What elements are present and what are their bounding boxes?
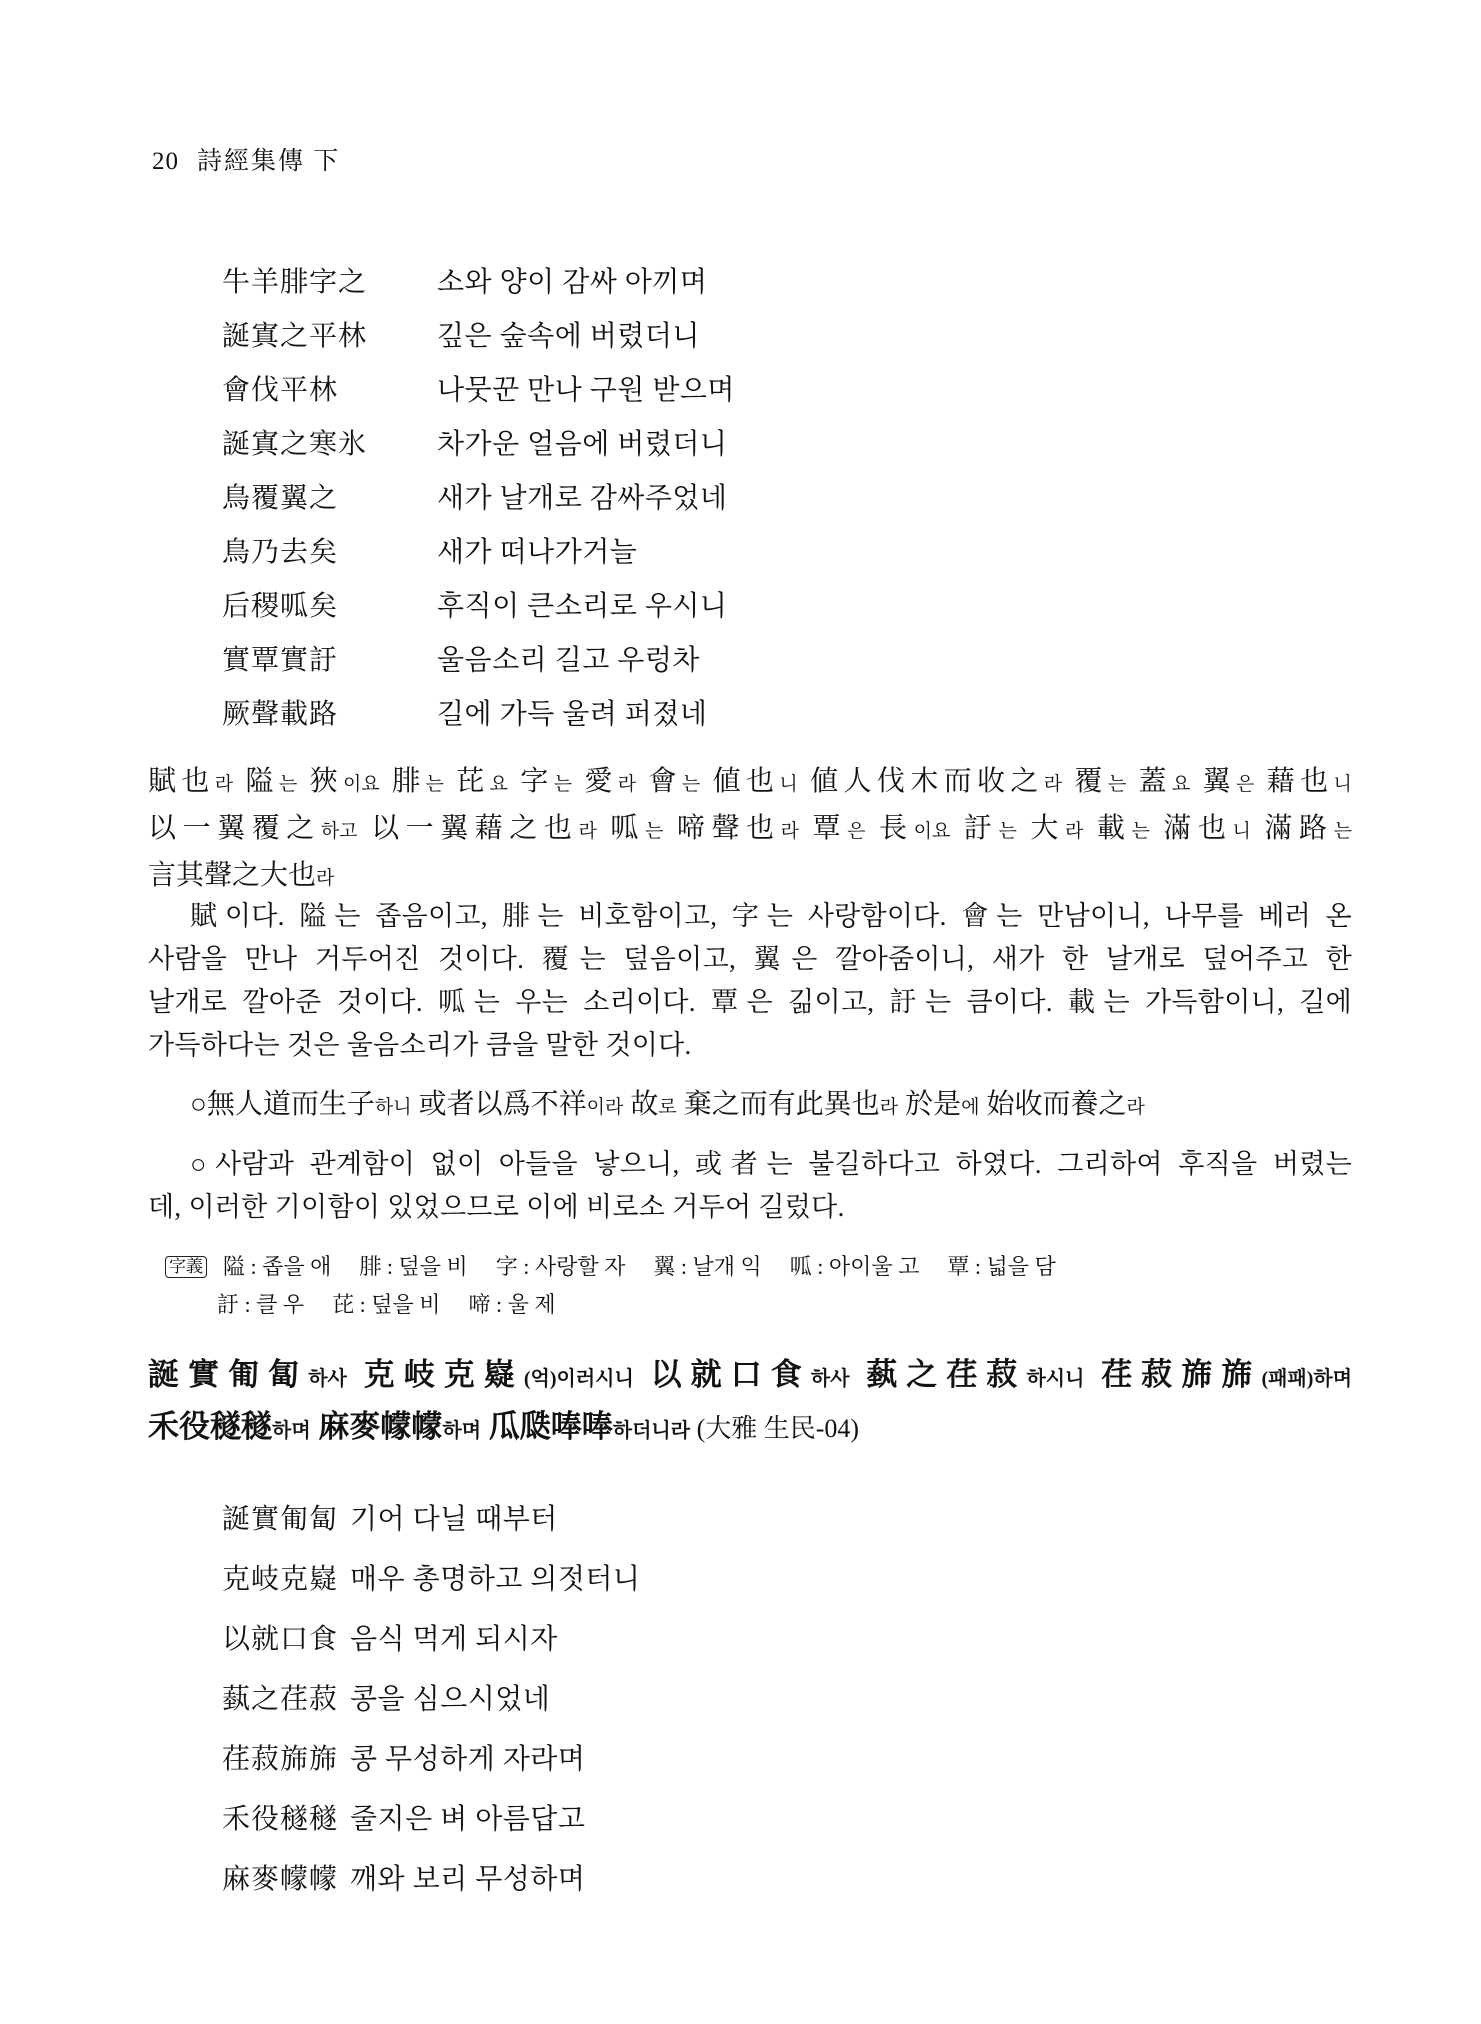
glossary-label: 字義 <box>165 1256 207 1278</box>
verse-korean: 기어 다닐 때부터 <box>350 1504 558 1535</box>
verse-chinese: 荏菽旆旆 <box>222 1732 350 1788</box>
verse-korean: 후직이 큰소리로 우시니 <box>437 591 727 622</box>
verse-row: 會伐平林나뭇꾼 만나 구원 받으며 <box>222 366 735 420</box>
verse-row: 后稷呱矣후직이 큰소리로 우시니 <box>222 582 735 636</box>
korean-translation: 賦이다. 隘는 좁음이고, 腓는 비호함이고, 字는 사랑함이다. 會는 만남이… <box>148 895 1352 1067</box>
verse-row: 牛羊腓字之소와 양이 감싸 아끼며 <box>222 258 735 312</box>
verse-korean: 울음소리 길고 우렁차 <box>437 645 700 676</box>
verse-chinese: 誕寘之寒氷 <box>222 420 437 470</box>
glossary-line: 字義隘 : 좁을 애腓 : 덮을 비字 : 사랑할 자翼 : 날개 익呱 : 아… <box>165 1248 1084 1286</box>
verse-korean: 새가 떠나가거늘 <box>437 537 637 568</box>
verse-korean: 소와 양이 감싸 아끼며 <box>437 267 707 298</box>
glossary-entry: 翼 : 날개 익 <box>653 1254 761 1279</box>
running-head: 20詩經集傳 下 <box>152 141 340 177</box>
verse-block-1: 牛羊腓字之소와 양이 감싸 아끼며 誕寘之平林깊은 숲속에 버렸더니 會伐平林나… <box>222 258 735 744</box>
hanmun-commentary-line: 賦也라 隘는 狹이요 腓는 芘요 字는 愛라 會는 値也니 値人伐木而收之라 覆… <box>148 760 1352 807</box>
verse-row: 克岐克嶷매우 총명하고 의젓터니 <box>222 1552 640 1612</box>
korean-translation-line: ○사람과 관계함이 없이 아들을 낳으니, 或者는 불길하다고 하였다. 그리하… <box>148 1143 1352 1186</box>
verse-block-2: 誕實匍匐기어 다닐 때부터 克岐克嶷매우 총명하고 의젓터니 以就口食음식 먹게… <box>222 1492 640 1912</box>
verse-row: 鳥乃去矣새가 떠나가거늘 <box>222 528 735 582</box>
glossary-entry: 呱 : 아이울 고 <box>790 1254 920 1279</box>
verse-row: 荏菽旆旆콩 무성하게 자라며 <box>222 1732 640 1792</box>
korean-translation-line: 사람을 만나 거두어진 것이다. 覆는 덮음이고, 翼은 깔아줌이니, 새가 한… <box>148 938 1352 981</box>
verse-chinese: 克岐克嶷 <box>222 1552 350 1608</box>
verse-row: 厥聲載路길에 가득 울려 퍼졌네 <box>222 690 735 744</box>
verse-row: 誕寘之寒氷차가운 얼음에 버렸더니 <box>222 420 735 474</box>
scripture-quote-line: 禾役穟穟하며 麻麥幪幪하며 瓜瓞唪唪하더니라 (大雅 生民-04) <box>148 1404 1352 1456</box>
glossary-entry: 隘 : 좁을 애 <box>223 1254 331 1279</box>
verse-chinese: 后稷呱矣 <box>222 582 437 632</box>
verse-chinese: 誕實匍匐 <box>222 1492 350 1548</box>
verse-korean: 나뭇꾼 만나 구원 받으며 <box>437 375 735 406</box>
verse-korean: 줄지은 벼 아름답고 <box>350 1804 585 1835</box>
verse-korean: 깨와 보리 무성하며 <box>350 1864 585 1895</box>
verse-korean: 콩을 심으시었네 <box>350 1684 550 1715</box>
verse-korean: 새가 날개로 감싸주었네 <box>437 483 727 514</box>
korean-translation-line: 데, 이러한 기이함이 있었으므로 이에 비로소 거두어 길렀다. <box>148 1186 1352 1229</box>
verse-chinese: 牛羊腓字之 <box>222 258 437 308</box>
hanmun-note-line: ○無人道而生子하니 或者以爲不祥이라 故로 棄之而有此異也라 於是에 始收而養之… <box>148 1083 1352 1130</box>
hanmun-note: ○無人道而生子하니 或者以爲不祥이라 故로 棄之而有此異也라 於是에 始收而養之… <box>148 1083 1352 1130</box>
glossary-entry: 字 : 사랑할 자 <box>496 1254 626 1279</box>
glossary-entry: 芘 : 덮을 비 <box>332 1292 440 1317</box>
verse-chinese: 以就口食 <box>222 1612 350 1668</box>
korean-translation-line: 날개로 깔아준 것이다. 呱는 우는 소리이다. 覃은 긺이고, 訏는 큼이다.… <box>148 981 1352 1024</box>
korean-note-translation: ○사람과 관계함이 없이 아들을 낳으니, 或者는 불길하다고 하였다. 그리하… <box>148 1143 1352 1229</box>
glossary-entry: 腓 : 덮을 비 <box>359 1254 467 1279</box>
verse-row: 禾役穟穟줄지은 벼 아름답고 <box>222 1792 640 1852</box>
hanmun-commentary: 賦也라 隘는 狹이요 腓는 芘요 字는 愛라 會는 値也니 値人伐木而收之라 覆… <box>148 760 1352 901</box>
verse-row: 實覃實訏울음소리 길고 우렁차 <box>222 636 735 690</box>
verse-korean: 음식 먹게 되시자 <box>350 1624 558 1655</box>
verse-chinese: 實覃實訏 <box>222 636 437 686</box>
scripture-quote: 誕實匍匐하사 克岐克嶷(억)이러시니 以就口食하사 蓺之荏菽하시니 荏菽旆旆(패… <box>148 1352 1352 1456</box>
glossary-entry: 訏 : 클 우 <box>217 1292 304 1317</box>
verse-korean: 매우 총명하고 의젓터니 <box>350 1564 640 1595</box>
verse-korean: 콩 무성하게 자라며 <box>350 1744 585 1775</box>
verse-row: 蓺之荏菽콩을 심으시었네 <box>222 1672 640 1732</box>
verse-chinese: 麻麥幪幪 <box>222 1852 350 1908</box>
scripture-quote-line: 誕實匍匐하사 克岐克嶷(억)이러시니 以就口食하사 蓺之荏菽하시니 荏菽旆旆(패… <box>148 1352 1352 1404</box>
glossary-entry: 覃 : 넓을 담 <box>947 1254 1055 1279</box>
verse-row: 麻麥幪幪깨와 보리 무성하며 <box>222 1852 640 1912</box>
glossary-section: 字義隘 : 좁을 애腓 : 덮을 비字 : 사랑할 자翼 : 날개 익呱 : 아… <box>165 1248 1084 1324</box>
verse-chinese: 誕寘之平林 <box>222 312 437 362</box>
verse-korean: 차가운 얼음에 버렸더니 <box>437 429 727 460</box>
verse-row: 誕寘之平林깊은 숲속에 버렸더니 <box>222 312 735 366</box>
page-number: 20 <box>152 148 179 175</box>
verse-row: 誕實匍匐기어 다닐 때부터 <box>222 1492 640 1552</box>
book-title: 詩經集傳 下 <box>197 148 340 175</box>
verse-chinese: 會伐平林 <box>222 366 437 416</box>
book-page: 20詩經集傳 下 牛羊腓字之소와 양이 감싸 아끼며 誕寘之平林깊은 숲속에 버… <box>0 0 1481 2024</box>
verse-chinese: 蓺之荏菽 <box>222 1672 350 1728</box>
korean-translation-line: 가득하다는 것은 울음소리가 큼을 말한 것이다. <box>148 1024 1352 1067</box>
verse-row: 以就口食음식 먹게 되시자 <box>222 1612 640 1672</box>
verse-row: 鳥覆翼之새가 날개로 감싸주었네 <box>222 474 735 528</box>
verse-chinese: 鳥覆翼之 <box>222 474 437 524</box>
hanmun-commentary-line: 言其聲之大也라 <box>148 854 1352 901</box>
hanmun-commentary-line: 以一翼覆之하고 以一翼藉之也라 呱는 啼聲也라 覃은 長이요 訏는 大라 載는 … <box>148 807 1352 854</box>
verse-chinese: 禾役穟穟 <box>222 1792 350 1848</box>
glossary-line: 訏 : 클 우芘 : 덮을 비啼 : 울 제 <box>165 1286 1084 1324</box>
korean-translation-line: 賦이다. 隘는 좁음이고, 腓는 비호함이고, 字는 사랑함이다. 會는 만남이… <box>148 895 1352 938</box>
verse-chinese: 鳥乃去矣 <box>222 528 437 578</box>
glossary-entry: 啼 : 울 제 <box>469 1292 556 1317</box>
verse-korean: 깊은 숲속에 버렸더니 <box>437 321 700 352</box>
verse-korean: 길에 가득 울려 퍼졌네 <box>437 699 707 730</box>
verse-chinese: 厥聲載路 <box>222 690 437 740</box>
